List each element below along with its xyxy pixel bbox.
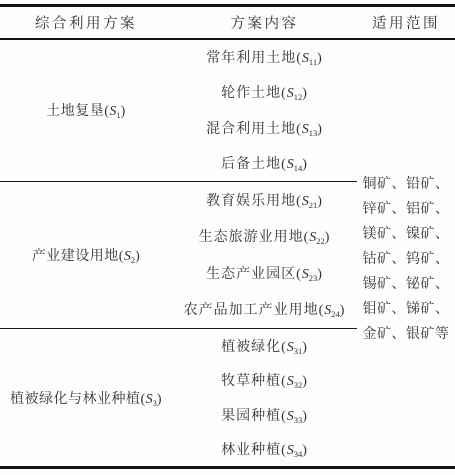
table-bottom-rule [0, 466, 455, 469]
symbol-letter: S [302, 122, 309, 137]
plan-label: 产业建设用地(S2) [32, 245, 141, 265]
symbol-subscript: 13 [309, 128, 318, 138]
item-label-text: 林业种植 [221, 443, 281, 458]
plan-cell: 土地复垦(S1) [0, 40, 172, 181]
item-label: 混合利用土地(S13) [206, 122, 323, 137]
item-label-text: 混合利用土地 [206, 122, 296, 137]
symbol-letter: S [124, 249, 131, 264]
symbol-letter: S [287, 374, 294, 389]
plan-item: 植被绿化(S31) [172, 336, 357, 356]
item-label-text: 农产品加工产业用地 [184, 303, 319, 318]
item-label: 牧草种植(S32) [221, 374, 308, 389]
item-label-text: 牧草种植 [221, 374, 281, 389]
symbol-subscript: 31 [294, 346, 303, 356]
symbol-subscript: 2 [131, 255, 135, 265]
plan-cell: 产业建设用地(S2) [0, 182, 172, 328]
item-label: 果园种植(S33) [221, 409, 308, 424]
header-utilization-plan: 综合利用方案 [0, 7, 172, 38]
symbol-subscript: 34 [294, 449, 303, 459]
plan-label-text: 土地复垦 [46, 104, 104, 119]
scope-line: 金矿、银矿等 [357, 322, 455, 347]
items-cell: 植被绿化(S31)牧草种植(S32)果园种植(S33)林业种植(S34) [172, 329, 357, 467]
symbol-letter: S [302, 51, 309, 66]
item-label: 教育娱乐用地(S21) [206, 194, 323, 209]
item-label: 后备土地(S14) [221, 157, 308, 172]
symbol-letter: S [287, 443, 294, 458]
symbol-subscript: 11 [309, 57, 317, 67]
item-label-text: 轮作土地 [221, 86, 281, 101]
scope-line: 钴矿、钨矿、 [357, 247, 455, 272]
table-section-3: 植被绿化与林业种植(S3)植被绿化(S31)牧草种植(S32)果园种植(S33)… [0, 328, 357, 467]
symbol-letter: S [287, 157, 294, 172]
plan-item: 后备土地(S14) [172, 153, 357, 173]
symbol-subscript: 21 [309, 200, 318, 210]
plan-item: 农产品加工产业用地(S24) [172, 299, 357, 319]
plan-label: 植被绿化与林业种植(S3) [10, 388, 162, 408]
plan-label-text: 产业建设用地 [32, 249, 119, 264]
plan-item: 果园种植(S33) [172, 405, 357, 425]
plan-item: 生态旅游业用地(S22) [172, 226, 357, 246]
scope-line: 钼矿、锑矿、 [357, 297, 455, 322]
table-section-1: 土地复垦(S1)常年利用土地(S11)轮作土地(S12)混合利用土地(S13)后… [0, 40, 357, 181]
paper-table-page: 综合利用方案 方案内容 适用范围 土地复垦(S1)常年利用土地(S11)轮作土地… [0, 0, 455, 475]
item-label: 生态产业园区(S23) [206, 267, 323, 282]
symbol-subscript: 22 [316, 236, 325, 246]
item-label-text: 果园种植 [221, 409, 281, 424]
plan-label-text: 植被绿化与林业种植 [10, 392, 141, 407]
header-plan-content: 方案内容 [172, 7, 357, 38]
symbol-subscript: 23 [309, 273, 318, 283]
plan-item: 混合利用土地(S13) [172, 118, 357, 138]
symbol-subscript: 1 [116, 110, 120, 120]
item-label-text: 植被绿化 [221, 340, 281, 355]
symbol-subscript: 3 [153, 398, 157, 408]
symbol-subscript: 14 [294, 163, 303, 173]
plan-item: 林业种植(S34) [172, 439, 357, 459]
item-label: 生态旅游业用地(S22) [199, 230, 331, 245]
item-label-text: 生态产业园区 [206, 267, 296, 282]
symbol-subscript: 12 [294, 92, 303, 102]
scope-cell: 铜矿、铅矿、锌矿、铝矿、镁矿、镍矿、钴矿、钨矿、锡矿、铋矿、钼矿、锑矿、金矿、银… [357, 172, 455, 347]
symbol-subscript: 33 [294, 415, 303, 425]
symbol-subscript: 24 [331, 309, 340, 319]
plan-item: 轮作土地(S12) [172, 82, 357, 102]
item-label: 轮作土地(S12) [221, 86, 308, 101]
symbol-letter: S [302, 194, 309, 209]
item-label: 植被绿化(S31) [221, 340, 308, 355]
plan-label: 土地复垦(S1) [46, 100, 126, 120]
symbol-letter: S [302, 267, 309, 282]
item-label-text: 生态旅游业用地 [199, 230, 304, 245]
table-section-2: 产业建设用地(S2)教育娱乐用地(S21)生态旅游业用地(S22)生态产业园区(… [0, 181, 357, 328]
item-label-text: 后备土地 [221, 157, 281, 172]
item-label: 常年利用土地(S11) [206, 51, 323, 66]
symbol-letter: S [287, 340, 294, 355]
symbol-letter: S [287, 409, 294, 424]
item-label-text: 常年利用土地 [206, 51, 296, 66]
plan-item: 常年利用土地(S11) [172, 47, 357, 67]
scope-line: 镁矿、镍矿、 [357, 222, 455, 247]
symbol-subscript: 32 [294, 380, 303, 390]
scope-line: 铜矿、铅矿、 [357, 172, 455, 197]
items-cell: 常年利用土地(S11)轮作土地(S12)混合利用土地(S13)后备土地(S14) [172, 40, 357, 181]
plan-cell: 植被绿化与林业种植(S3) [0, 329, 172, 467]
plan-item: 生态产业园区(S23) [172, 263, 357, 283]
plan-item: 教育娱乐用地(S21) [172, 190, 357, 210]
item-label: 农产品加工产业用地(S24) [184, 303, 346, 318]
header-applicable-scope: 适用范围 [357, 7, 455, 38]
item-label-text: 教育娱乐用地 [206, 194, 296, 209]
plan-item: 牧草种植(S32) [172, 370, 357, 390]
scope-line: 锡矿、铋矿、 [357, 272, 455, 297]
items-cell: 教育娱乐用地(S21)生态旅游业用地(S22)生态产业园区(S23)农产品加工产… [172, 182, 357, 328]
scope-line: 锌矿、铝矿、 [357, 197, 455, 222]
table-body: 土地复垦(S1)常年利用土地(S11)轮作土地(S12)混合利用土地(S13)后… [0, 40, 455, 467]
item-label: 林业种植(S34) [221, 443, 308, 458]
symbol-letter: S [287, 86, 294, 101]
symbol-letter: S [146, 392, 153, 407]
table-header-row: 综合利用方案 方案内容 适用范围 [0, 7, 455, 38]
